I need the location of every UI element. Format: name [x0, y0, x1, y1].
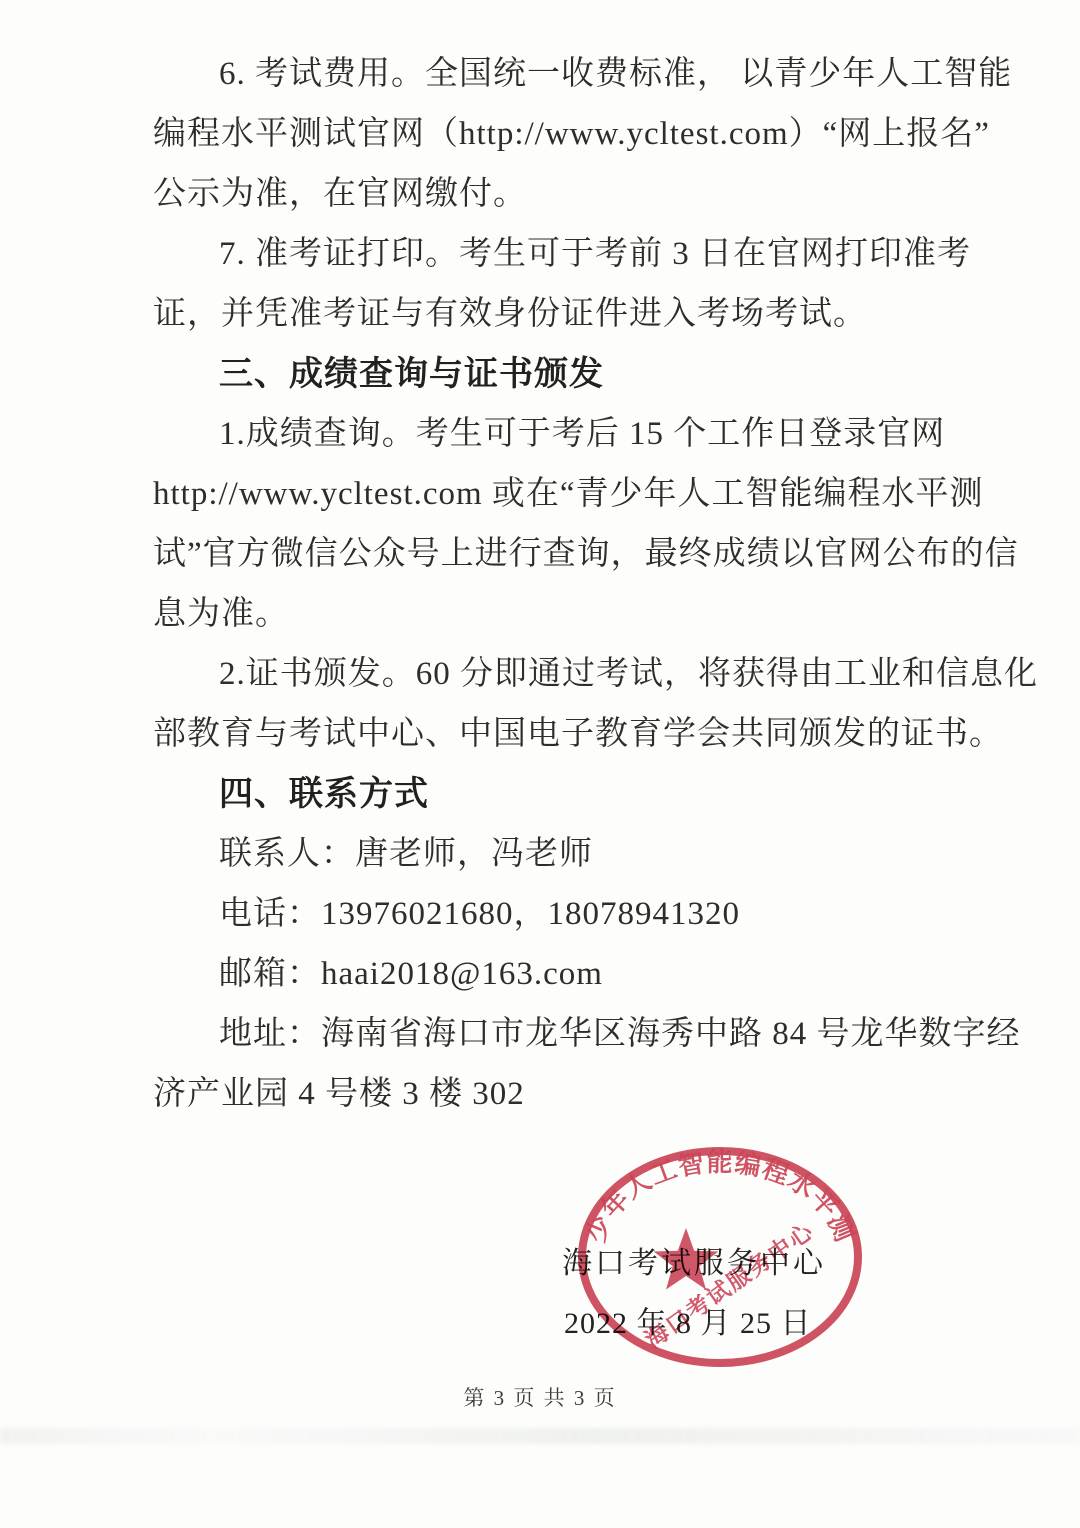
text-line: 联系人：唐老师，冯老师: [153, 824, 983, 884]
text-line: 1.成绩查询。考生可于考后 15 个工作日登录官网: [153, 404, 983, 464]
signature-date-text: 2022 年 8 月 25 日: [564, 1298, 812, 1342]
text-line: 三、成绩查询与证书颁发: [153, 344, 983, 404]
signature-org-text: 海口考试服务中心: [562, 1238, 826, 1282]
text-line: 济产业园 4 号楼 3 楼 302: [153, 1064, 983, 1124]
text-line: 试”官方微信公众号上进行查询，最终成绩以官网公布的信: [153, 524, 983, 584]
text-line: 邮箱：haai2018@163.com: [153, 944, 983, 1004]
page-number-footer: 第 3 页 共 3 页: [0, 1382, 1080, 1412]
text-line: 部教育与考试中心、中国电子教育学会共同颁发的证书。: [153, 704, 983, 764]
text-line: 6. 考试费用。全国统一收费标准， 以青少年人工智能: [153, 44, 983, 104]
text-line: 公示为准，在官网缴付。: [153, 164, 983, 224]
text-line: 息为准。: [153, 584, 983, 644]
document-page: 6. 考试费用。全国统一收费标准， 以青少年人工智能编程水平测试官网（http:…: [0, 0, 1080, 1528]
text-line: 编程水平测试官网（http://www.ycltest.com）“网上报名”: [153, 104, 983, 164]
seal-arc-text: 青少年人工智能编程水平测试: [572, 1143, 860, 1247]
text-line: 2.证书颁发。60 分即通过考试，将获得由工业和信息化: [153, 644, 983, 704]
text-line: 7. 准考证打印。考生可于考前 3 日在官网打印准考: [153, 224, 983, 284]
text-line: http://www.ycltest.com 或在“青少年人工智能编程水平测: [153, 464, 983, 524]
text-line: 证，并凭准考证与有效身份证件进入考场考试。: [153, 284, 983, 344]
text-line: 电话：13976021680，18078941320: [153, 884, 983, 944]
scan-artifact: [0, 1428, 1080, 1444]
text-line: 地址：海南省海口市龙华区海秀中路 84 号龙华数字经: [153, 1004, 983, 1064]
text-line: 四、联系方式: [153, 764, 983, 824]
document-lines: 6. 考试费用。全国统一收费标准， 以青少年人工智能编程水平测试官网（http:…: [153, 44, 983, 1124]
